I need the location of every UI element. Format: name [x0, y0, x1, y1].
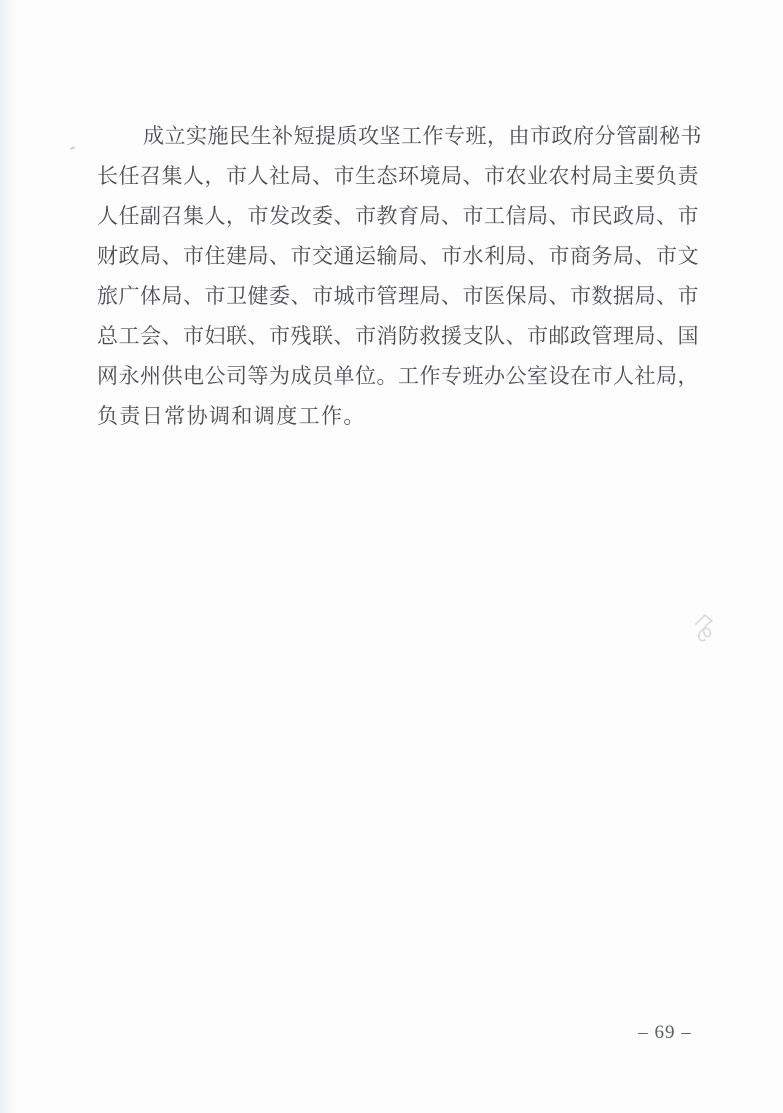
paragraph-line: 总工会、市妇联、市残联、市消防救援支队、市邮政管理局、国: [97, 316, 694, 356]
paragraph-line: 人任副召集人，市发改委、市教育局、市工信局、市民政局、市: [97, 196, 694, 236]
paragraph-line: 成立实施民生补短提质攻坚工作专班，由市政府分管副秘书: [97, 116, 694, 156]
paragraph-line: 财政局、市住建局、市交通运输局、市水利局、市商务局、市文: [97, 236, 694, 276]
pen-squiggle-mark: [689, 611, 727, 651]
paragraph-line: 负责日常协调和调度工作。: [97, 396, 694, 436]
body-paragraph: 成立实施民生补短提质攻坚工作专班，由市政府分管副秘书 长任召集人，市人社局、市生…: [97, 116, 694, 436]
ink-speck: [70, 146, 75, 150]
page-number: – 69 –: [600, 1022, 730, 1044]
scan-edge-shadow: [0, 0, 18, 1113]
paragraph-line: 旅广体局、市卫健委、市城市管理局、市医保局、市数据局、市: [97, 276, 694, 316]
scanned-document-page: 成立实施民生补短提质攻坚工作专班，由市政府分管副秘书 长任召集人，市人社局、市生…: [0, 0, 783, 1113]
paragraph-line: 长任召集人，市人社局、市生态环境局、市农业农村局主要负责: [97, 156, 694, 196]
paragraph-line: 网永州供电公司等为成员单位。工作专班办公室设在市人社局，: [97, 356, 694, 396]
